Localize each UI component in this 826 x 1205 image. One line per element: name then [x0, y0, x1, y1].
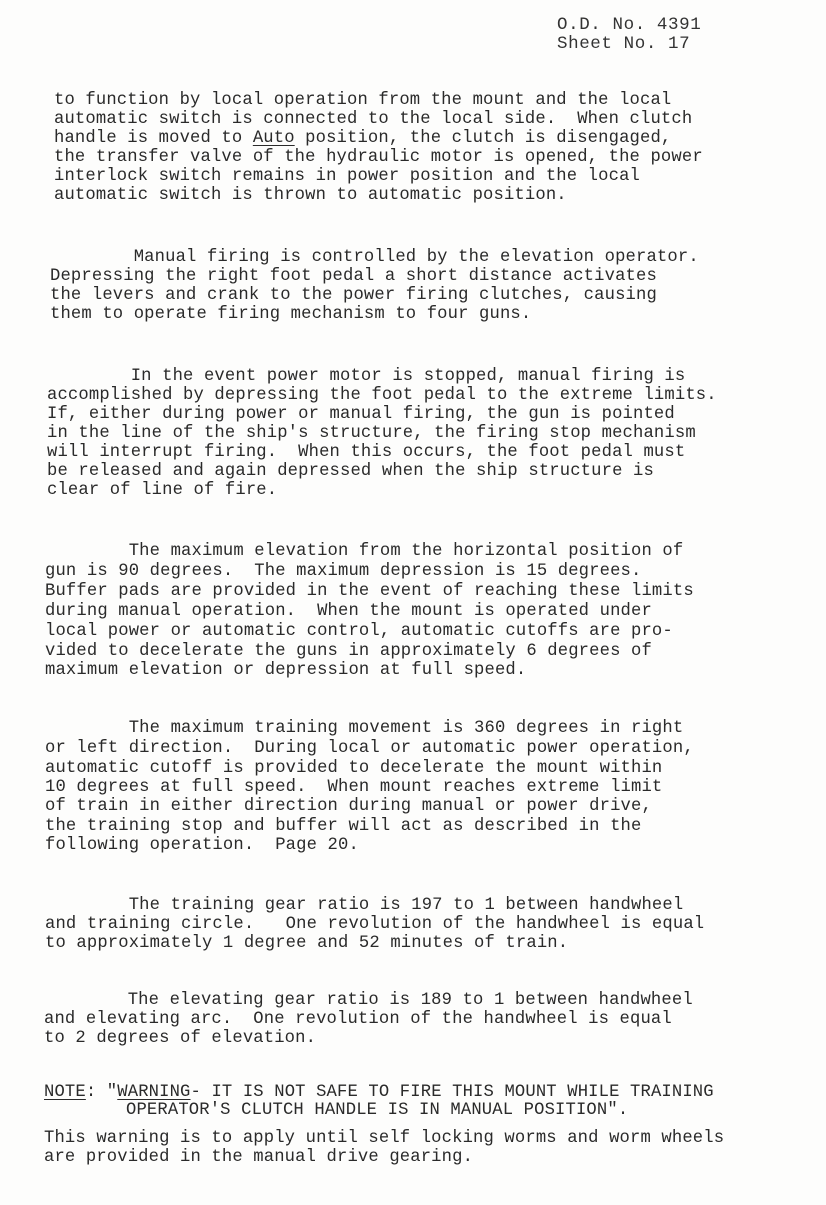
- text-line: gun is 90 degrees. The maximum depressio…: [45, 563, 641, 582]
- text-line: automatic cutoff is provided to decelera…: [45, 760, 662, 779]
- auto-underlined-term: Auto: [253, 129, 295, 148]
- text-line: If, either during power or manual firing…: [47, 406, 675, 425]
- text-line: accomplished by depressing the foot peda…: [47, 387, 717, 406]
- text-line: local power or automatic control, automa…: [45, 623, 673, 642]
- doc-number: O.D. No. 4391: [557, 16, 701, 35]
- text-line: will interrupt firing. When this occurs,…: [47, 444, 685, 463]
- text-line: 10 degrees at full speed. When mount rea…: [45, 779, 662, 798]
- text-line: In the event power motor is stopped, man…: [47, 368, 685, 387]
- text-line: automatic switch is thrown to automatic …: [54, 187, 567, 206]
- text-line: The maximum training movement is 360 deg…: [45, 720, 683, 739]
- text-line: the levers and crank to the power firing…: [50, 287, 657, 306]
- sheet-number: Sheet No. 17: [557, 35, 701, 54]
- text-line: to 2 degrees of elevation.: [44, 1030, 316, 1049]
- note-label: NOTE: [44, 1083, 86, 1102]
- text-line: The training gear ratio is 197 to 1 betw…: [45, 897, 683, 916]
- text-line: following operation. Page 20.: [45, 837, 359, 856]
- text-line: interlock switch remains in power positi…: [54, 168, 640, 187]
- text-line: Buffer pads are provided in the event of…: [45, 583, 694, 602]
- warning-label: WARNING: [117, 1083, 190, 1102]
- text-line: are provided in the manual drive gearing…: [44, 1149, 473, 1168]
- text-line: or left direction. During local or autom…: [45, 740, 694, 759]
- text-line: in the line of the ship's structure, the…: [47, 425, 696, 444]
- note-line-2: OPERATOR'S CLUTCH HANDLE IS IN MANUAL PO…: [126, 1102, 628, 1121]
- text-line: handle is moved to Auto position, the cl…: [54, 130, 671, 149]
- text-line: to approximately 1 degree and 52 minutes…: [45, 935, 568, 954]
- text-line: This warning is to apply until self lock…: [44, 1130, 724, 1149]
- text-line: vided to decelerate the guns in approxim…: [45, 643, 652, 662]
- text-line: to function by local operation from the …: [54, 92, 671, 111]
- text-line: The maximum elevation from the horizonta…: [45, 543, 683, 562]
- text-line: be released and again depressed when the…: [47, 463, 654, 482]
- warning-text: - IT IS NOT SAFE TO FIRE THIS MOUNT WHIL…: [191, 1083, 714, 1102]
- text-line: and training circle. One revolution of t…: [45, 916, 704, 935]
- text-segment: position, the clutch is disengaged,: [295, 129, 672, 148]
- text-line: Depressing the right foot pedal a short …: [50, 268, 657, 287]
- text-line: of train in either direction during manu…: [45, 798, 652, 817]
- text-line: and elevating arc. One revolution of the…: [44, 1011, 672, 1030]
- text-line: the training stop and buffer will act as…: [45, 818, 641, 837]
- note-colon: : ": [86, 1083, 117, 1102]
- text-segment: handle is moved to: [54, 129, 253, 148]
- text-line: Manual firing is controlled by the eleva…: [50, 249, 699, 268]
- note-line-1: NOTE: "WARNING- IT IS NOT SAFE TO FIRE T…: [44, 1084, 714, 1103]
- text-line: maximum elevation or depression at full …: [45, 662, 526, 681]
- text-line: automatic switch is connected to the loc…: [54, 111, 692, 130]
- document-page: O.D. No. 4391 Sheet No. 17 to function b…: [0, 0, 826, 1205]
- text-line: The elevating gear ratio is 189 to 1 bet…: [44, 992, 693, 1011]
- text-line: during manual operation. When the mount …: [45, 603, 652, 622]
- document-header: O.D. No. 4391 Sheet No. 17: [557, 16, 701, 54]
- text-line: them to operate firing mechanism to four…: [50, 306, 531, 325]
- text-line: the transfer valve of the hydraulic moto…: [54, 149, 703, 168]
- text-line: clear of line of fire.: [47, 482, 277, 501]
